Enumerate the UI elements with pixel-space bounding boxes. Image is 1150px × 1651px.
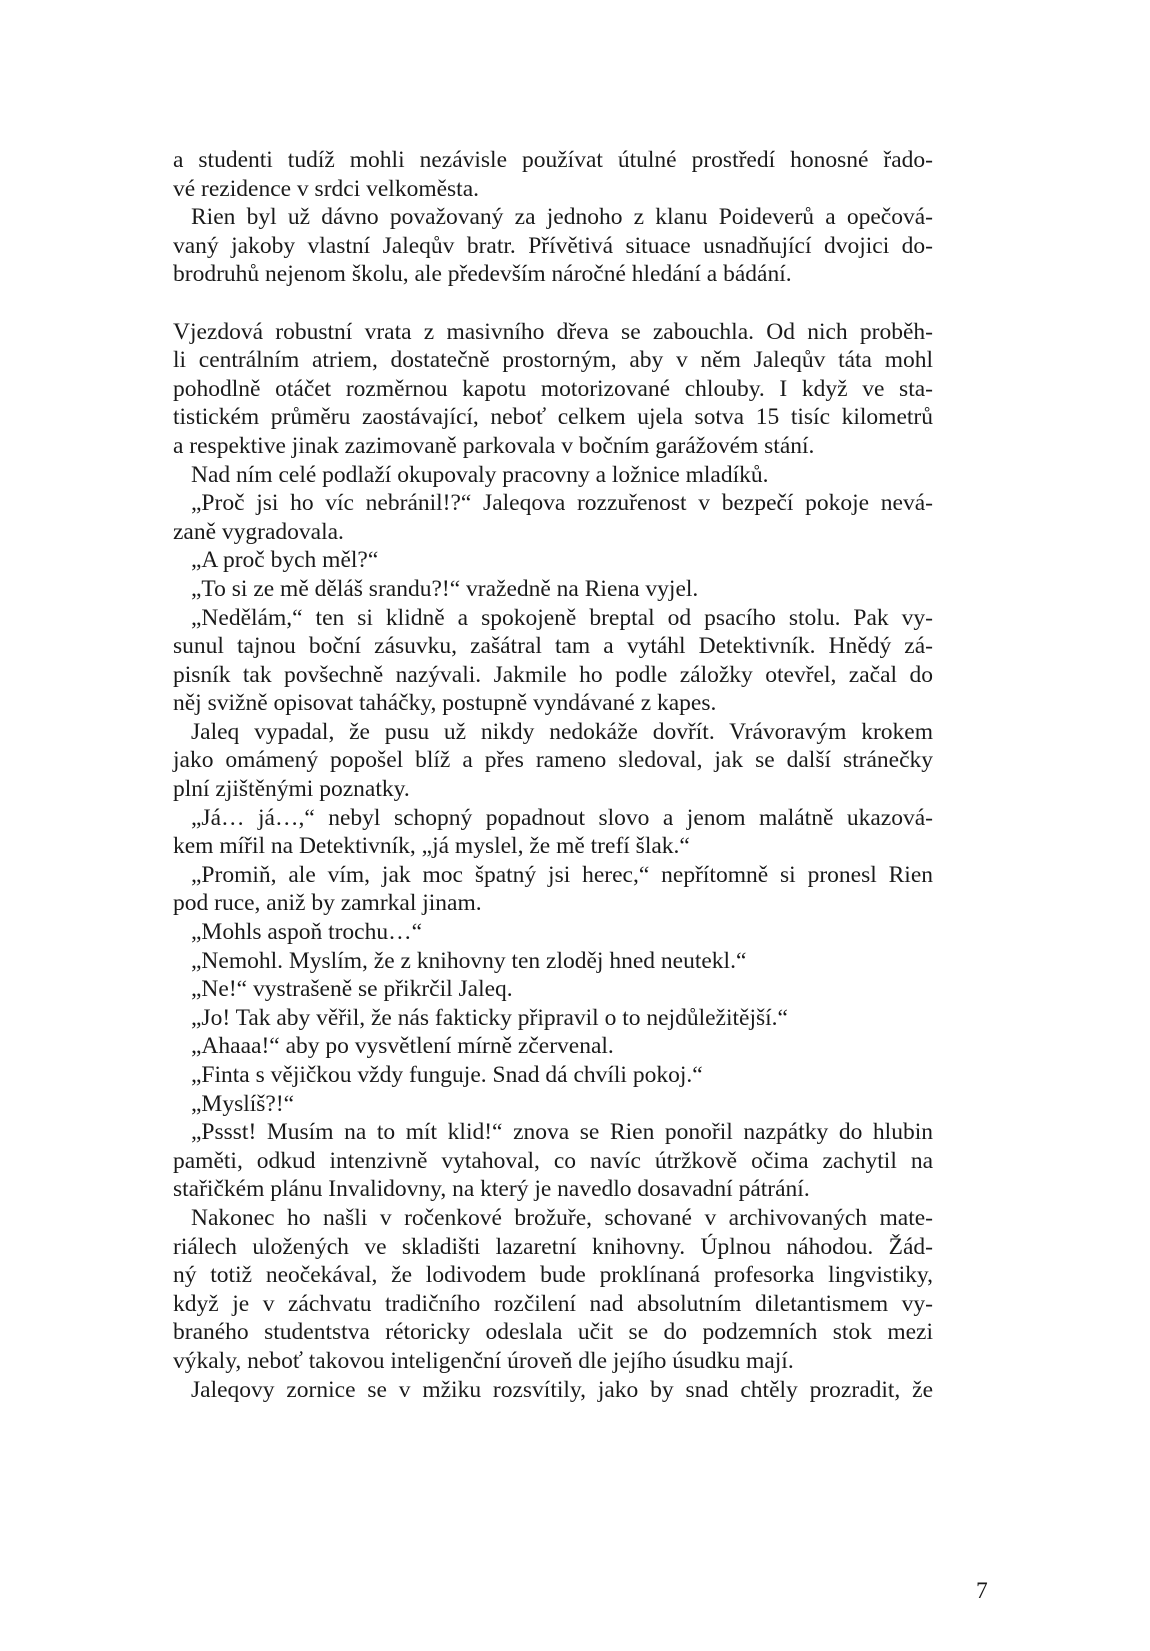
text-line: braného studentstva rétoricky odeslala u… xyxy=(173,1318,933,1347)
text-line: „Ahaaa!“ aby po vysvětlení mírně zčerven… xyxy=(173,1032,933,1061)
text-line: li centrálním atriem, dostatečně prostor… xyxy=(173,346,933,375)
book-page: a studenti tudíž mohli nezávisle používa… xyxy=(0,0,1150,1651)
text-line: „Mohls aspoň trochu…“ xyxy=(173,918,933,947)
text-line: zaně vygradovala. xyxy=(173,518,933,547)
text-line: „To si ze mě děláš srandu?!“ vražedně na… xyxy=(173,575,933,604)
text-line: pod ruce, aniž by zamrkal jinam. xyxy=(173,889,933,918)
text-line: stařičkém plánu Invalidovny, na který je… xyxy=(173,1175,933,1204)
text-line: riálech uložených ve skladišti lazaretní… xyxy=(173,1233,933,1262)
text-line: Nakonec ho našli v ročenkové brožuře, sc… xyxy=(173,1204,933,1233)
body-text: a studenti tudíž mohli nezávisle používa… xyxy=(173,146,933,1404)
text-line: ný totiž neočekával, že lodivodem bude p… xyxy=(173,1261,933,1290)
text-line: „Nemohl. Myslím, že z knihovny ten zlodě… xyxy=(173,947,933,976)
text-line: „Ne!“ vystrašeně se přikrčil Jaleq. xyxy=(173,975,933,1004)
text-line: Jaleqovy zornice se v mžiku rozsvítily, … xyxy=(173,1376,933,1405)
text-line: „Promiň, ale vím, jak moc špatný jsi her… xyxy=(173,861,933,890)
text-line: tistickém průměru zaostávající, neboť ce… xyxy=(173,403,933,432)
text-line: „A proč bych měl?“ xyxy=(173,546,933,575)
text-line: a studenti tudíž mohli nezávisle používa… xyxy=(173,146,933,175)
text-line: něj svižně opisovat taháčky, postupně vy… xyxy=(173,689,933,718)
text-line: jako omámený popošel blíž a přes rameno … xyxy=(173,746,933,775)
text-line: brodruhů nejenom školu, ale především ná… xyxy=(173,260,933,289)
text-line: „Nedělám,“ ten si klidně a spokojeně bre… xyxy=(173,604,933,633)
text-line: „Pssst! Musím na to mít klid!“ znova se … xyxy=(173,1118,933,1147)
text-line: Jaleq vypadal, že pusu už nikdy nedokáže… xyxy=(173,718,933,747)
text-line: Nad ním celé podlaží okupovaly pracovny … xyxy=(173,461,933,490)
text-line: Vjezdová robustní vrata z masivního dřev… xyxy=(173,318,933,347)
text-line: „Jo! Tak aby věřil, že nás fakticky přip… xyxy=(173,1004,933,1033)
text-line: „Finta s vějičkou vždy funguje. Snad dá … xyxy=(173,1061,933,1090)
text-line: „Proč jsi ho víc nebránil!?“ Jaleqova ro… xyxy=(173,489,933,518)
text-line: kem mířil na Detektivník, „já myslel, že… xyxy=(173,832,933,861)
text-line: výkaly, neboť takovou inteligenční úrove… xyxy=(173,1347,933,1376)
text-line: „Myslíš?!“ xyxy=(173,1090,933,1119)
text-line: „Já… já…,“ nebyl schopný popadnout slovo… xyxy=(173,804,933,833)
text-line: Rien byl už dávno považovaný za jednoho … xyxy=(173,203,933,232)
text-line: pohodlně otáčet rozměrnou kapotu motoriz… xyxy=(173,375,933,404)
text-line: plní zjištěnými poznatky. xyxy=(173,775,933,804)
text-line: když je v záchvatu tradičního rozčilení … xyxy=(173,1290,933,1319)
text-line: sunul tajnou boční zásuvku, zašátral tam… xyxy=(173,632,933,661)
text-line: a respektive jinak zazimovaně parkovala … xyxy=(173,432,933,461)
text-line: vaný jakoby vlastní Jaleqův bratr. Přívě… xyxy=(173,232,933,261)
text-line: pisník tak povšechně nazývali. Jakmile h… xyxy=(173,661,933,690)
page-number: 7 xyxy=(976,1578,988,1605)
text-line: paměti, odkud intenzivně vytahoval, co n… xyxy=(173,1147,933,1176)
section-break xyxy=(173,289,933,318)
text-line: vé rezidence v srdci velkoměsta. xyxy=(173,175,933,204)
